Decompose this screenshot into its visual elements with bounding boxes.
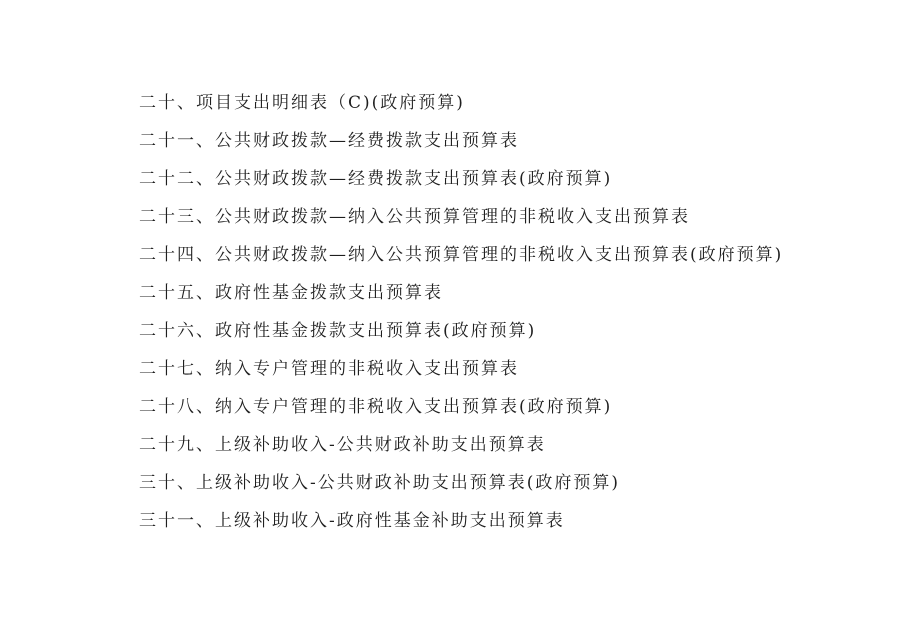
- list-item-30: 三十、上级补助收入-公共财政补助支出预算表(政府预算): [139, 464, 859, 502]
- document-page: 二十、项目支出明细表（C)(政府预算) 二十一、公共财政拨款—经费拨款支出预算表…: [139, 84, 859, 540]
- list-item-20: 二十、项目支出明细表（C)(政府预算): [139, 84, 859, 122]
- list-item-29: 二十九、上级补助收入-公共财政补助支出预算表: [139, 426, 859, 464]
- list-item-28: 二十八、纳入专户管理的非税收入支出预算表(政府预算): [139, 388, 859, 426]
- list-item-31: 三十一、上级补助收入-政府性基金补助支出预算表: [139, 502, 859, 540]
- list-item-27: 二十七、纳入专户管理的非税收入支出预算表: [139, 350, 859, 388]
- list-item-26: 二十六、政府性基金拨款支出预算表(政府预算): [139, 312, 859, 350]
- list-item-25: 二十五、政府性基金拨款支出预算表: [139, 274, 859, 312]
- list-item-24: 二十四、公共财政拨款—纳入公共预算管理的非税收入支出预算表(政府预算): [139, 236, 859, 274]
- list-item-23: 二十三、公共财政拨款—纳入公共预算管理的非税收入支出预算表: [139, 198, 859, 236]
- list-item-22: 二十二、公共财政拨款—经费拨款支出预算表(政府预算): [139, 160, 859, 198]
- list-item-21: 二十一、公共财政拨款—经费拨款支出预算表: [139, 122, 859, 160]
